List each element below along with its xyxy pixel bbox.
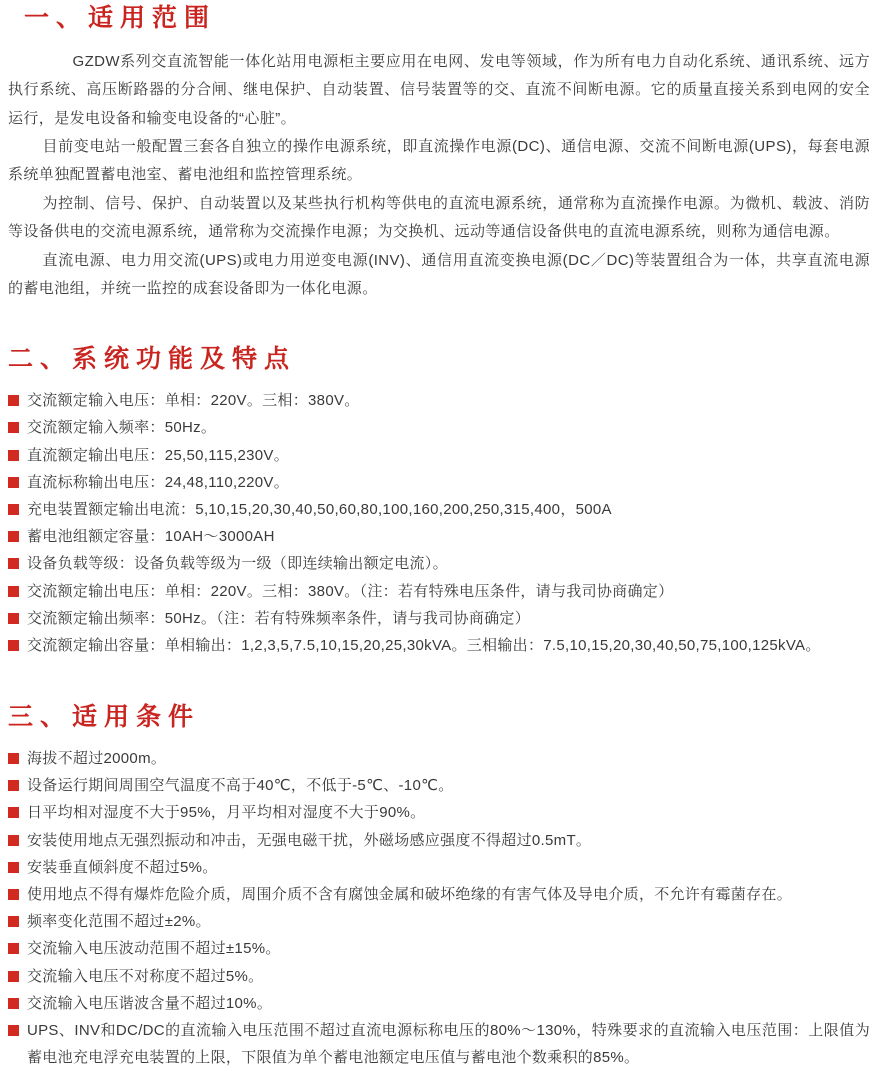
bullet-square-icon	[8, 422, 19, 433]
list-item-text: 直流额定输出电压：25,50,115,230V。	[27, 442, 870, 469]
list-item: 交流额定输出频率：50Hz。（注：若有特殊频率条件，请与我司协商确定）	[8, 605, 870, 632]
paragraph: 直流电源、电力用交流(UPS)或电力用逆变电源(INV)、通信用直流变换电源(D…	[8, 247, 870, 304]
list-item: 交流输入电压不对称度不超过5%。	[8, 963, 870, 990]
list-item-text: UPS、INV和DC/DC的直流输入电压范围不超过直流电源标称电压的80%～13…	[27, 1017, 870, 1071]
bullet-square-icon	[8, 586, 19, 597]
list-item: UPS、INV和DC/DC的直流输入电压范围不超过直流电源标称电压的80%～13…	[8, 1017, 870, 1071]
list-item-text: 交流额定输出电压：单相：220V。三相：380V。（注：若有特殊电压条件，请与我…	[27, 578, 870, 605]
list-item: 交流额定输入电压：单相：220V。三相：380V。	[8, 387, 870, 414]
list-item-text: 交流额定输入频率：50Hz。	[27, 414, 870, 441]
list-item: 日平均相对湿度不大于95%，月平均相对湿度不大于90%。	[8, 799, 870, 826]
features-list: 交流额定输入电压：单相：220V。三相：380V。 交流额定输入频率：50Hz。…	[8, 387, 870, 659]
list-item: 直流标称输出电压：24,48,110,220V。	[8, 469, 870, 496]
section-title-conditions: 三、适用条件	[8, 703, 870, 732]
list-item: 设备运行期间周围空气温度不高于40℃，不低于-5℃、-10℃。	[8, 772, 870, 799]
bullet-square-icon	[8, 998, 19, 1009]
list-item: 海拔不超过2000m。	[8, 745, 870, 772]
list-item: 交流输入电压谐波含量不超过10%。	[8, 990, 870, 1017]
document-page: 一、适用范围 GZDW系列交直流智能一体化站用电源柜主要应用在电网、发电等领域，…	[0, 0, 880, 1071]
list-item: 交流额定输入频率：50Hz。	[8, 414, 870, 441]
list-item: 安装垂直倾斜度不超过5%。	[8, 854, 870, 881]
list-item: 交流额定输出容量：单相输出：1,2,3,5,7.5,10,15,20,25,30…	[8, 632, 870, 659]
list-item: 设备负载等级：设备负载等级为一级（即连续输出额定电流）。	[8, 550, 870, 577]
list-item-text: 日平均相对湿度不大于95%，月平均相对湿度不大于90%。	[27, 799, 870, 826]
list-item: 频率变化范围不超过±2%。	[8, 908, 870, 935]
list-item: 交流输入电压波动范围不超过±15%。	[8, 935, 870, 962]
bullet-square-icon	[8, 862, 19, 873]
list-item-text: 交流额定输出频率：50Hz。（注：若有特殊频率条件，请与我司协商确定）	[27, 605, 870, 632]
bullet-square-icon	[8, 531, 19, 542]
list-item-text: 蓄电池组额定容量：10AH～3000AH	[27, 523, 870, 550]
bullet-square-icon	[8, 889, 19, 900]
list-item-text: 交流输入电压波动范围不超过±15%。	[27, 935, 870, 962]
list-item-text: 交流输入电压不对称度不超过5%。	[27, 963, 870, 990]
bullet-square-icon	[8, 558, 19, 569]
list-item-text: 海拔不超过2000m。	[27, 745, 870, 772]
list-item-text: 安装垂直倾斜度不超过5%。	[27, 854, 870, 881]
bullet-square-icon	[8, 1025, 19, 1036]
bullet-square-icon	[8, 807, 19, 818]
bullet-square-icon	[8, 780, 19, 791]
list-item-text: 设备负载等级：设备负载等级为一级（即连续输出额定电流）。	[27, 550, 870, 577]
list-item-text: 充电装置额定输出电流：5,10,15,20,30,40,50,60,80,100…	[27, 496, 870, 523]
list-item-text: 设备运行期间周围空气温度不高于40℃，不低于-5℃、-10℃。	[27, 772, 870, 799]
list-item-text: 安装使用地点无强烈振动和冲击，无强电磁干扰，外磁场感应强度不得超过0.5mT。	[27, 827, 870, 854]
list-item-text: 使用地点不得有爆炸危险介质，周围介质不含有腐蚀金属和破坏绝缘的有害气体及导电介质…	[27, 881, 870, 908]
bullet-square-icon	[8, 477, 19, 488]
list-item: 使用地点不得有爆炸危险介质，周围介质不含有腐蚀金属和破坏绝缘的有害气体及导电介质…	[8, 881, 870, 908]
section-title-features: 二、系统功能及特点	[8, 345, 870, 374]
bullet-square-icon	[8, 613, 19, 624]
paragraph: GZDW系列交直流智能一体化站用电源柜主要应用在电网、发电等领域，作为所有电力自…	[8, 48, 870, 133]
bullet-square-icon	[8, 395, 19, 406]
list-item-text: 交流额定输出容量：单相输出：1,2,3,5,7.5,10,15,20,25,30…	[27, 632, 870, 659]
list-item: 充电装置额定输出电流：5,10,15,20,30,40,50,60,80,100…	[8, 496, 870, 523]
list-item: 蓄电池组额定容量：10AH～3000AH	[8, 523, 870, 550]
scope-paragraphs: GZDW系列交直流智能一体化站用电源柜主要应用在电网、发电等领域，作为所有电力自…	[8, 48, 870, 304]
conditions-list: 海拔不超过2000m。 设备运行期间周围空气温度不高于40℃，不低于-5℃、-1…	[8, 745, 870, 1071]
list-item: 直流额定输出电压：25,50,115,230V。	[8, 442, 870, 469]
bullet-square-icon	[8, 916, 19, 927]
bullet-square-icon	[8, 450, 19, 461]
list-item-text: 频率变化范围不超过±2%。	[27, 908, 870, 935]
section-title-scope: 一、适用范围	[8, 4, 870, 33]
paragraph: 目前变电站一般配置三套各自独立的操作电源系统，即直流操作电源(DC)、通信电源、…	[8, 133, 870, 190]
list-item: 交流额定输出电压：单相：220V。三相：380V。（注：若有特殊电压条件，请与我…	[8, 578, 870, 605]
list-item-text: 交流额定输入电压：单相：220V。三相：380V。	[27, 387, 870, 414]
bullet-square-icon	[8, 971, 19, 982]
list-item: 安装使用地点无强烈振动和冲击，无强电磁干扰，外磁场感应强度不得超过0.5mT。	[8, 827, 870, 854]
list-item-text: 直流标称输出电压：24,48,110,220V。	[27, 469, 870, 496]
bullet-square-icon	[8, 640, 19, 651]
bullet-square-icon	[8, 943, 19, 954]
bullet-square-icon	[8, 753, 19, 764]
bullet-square-icon	[8, 504, 19, 515]
list-item-text: 交流输入电压谐波含量不超过10%。	[27, 990, 870, 1017]
paragraph: 为控制、信号、保护、自动装置以及某些执行机构等供电的直流电源系统，通常称为直流操…	[8, 190, 870, 247]
bullet-square-icon	[8, 835, 19, 846]
